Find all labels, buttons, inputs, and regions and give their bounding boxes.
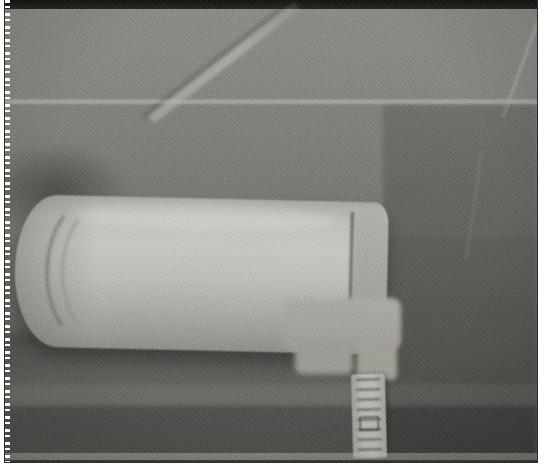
bench-edge-highlight <box>5 384 537 406</box>
bottom-border-line <box>5 460 537 462</box>
top-dark-band <box>5 0 537 9</box>
bench-front-shadow <box>5 406 537 454</box>
scanned-page <box>0 0 553 469</box>
bottom-scan-strip <box>5 453 537 460</box>
measuring-ruler <box>351 374 387 459</box>
photograph <box>5 0 537 462</box>
ruler-label-box <box>359 416 379 432</box>
pipe-fitting-foot <box>295 342 353 374</box>
left-jagged-scan-edge <box>5 0 10 462</box>
